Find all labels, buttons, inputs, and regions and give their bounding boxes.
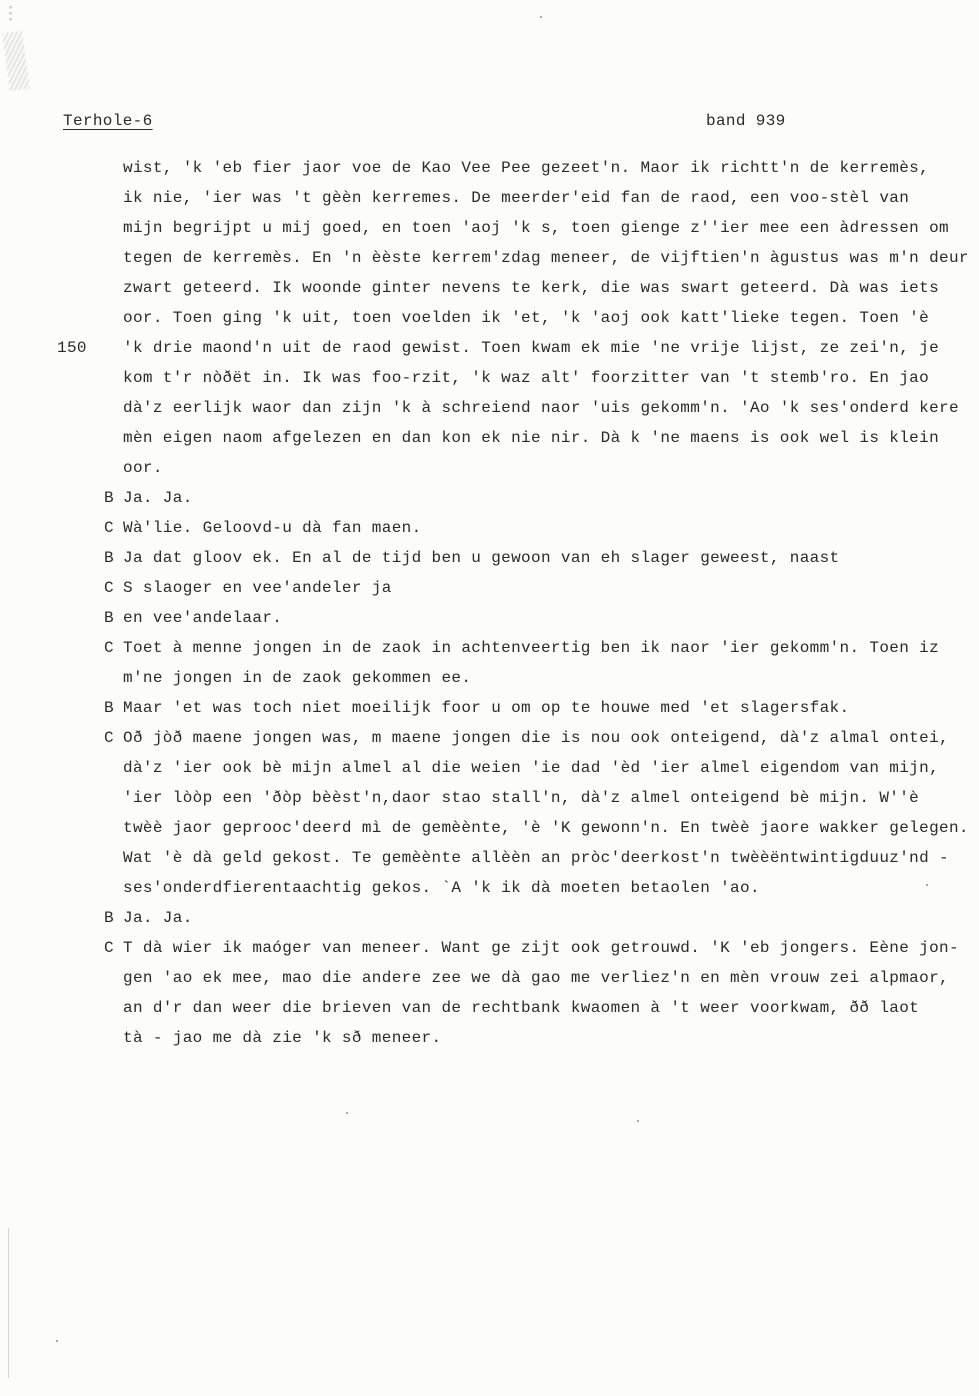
- speaker-label: C: [104, 933, 123, 963]
- transcript-line: 150 'k drie maond'n uit de raod gewist. …: [0, 333, 979, 363]
- speaker-label: C: [104, 573, 123, 603]
- margin-line-number: [0, 843, 104, 873]
- line-text: Maar 'et was toch niet moeilijk foor u o…: [123, 693, 979, 723]
- transcript-line: B en vee'andelaar.: [0, 603, 979, 633]
- line-text: 'k drie maond'n uit de raod gewist. Toen…: [123, 333, 979, 363]
- line-text: dà'z 'ier ook bè mijn almel al die weien…: [123, 753, 979, 783]
- transcript-line: C Toet à menne jongen in de zaok in acht…: [0, 633, 979, 663]
- scan-speckle: [637, 1120, 639, 1122]
- transcript-line: ses'onderdfierentaachtig gekos. `A 'k ik…: [0, 873, 979, 903]
- transcript-line: 'ier lòòp een 'ðòp bèèst'n,daor stao sta…: [0, 783, 979, 813]
- transcript-line: B Maar 'et was toch niet moeilijk foor u…: [0, 693, 979, 723]
- speaker-label: [104, 873, 123, 903]
- line-text: an d'r dan weer die brieven van de recht…: [123, 993, 979, 1023]
- transcript-line: m'ne jongen in de zaok gekommen ee.: [0, 663, 979, 693]
- margin-line-number: [0, 963, 104, 993]
- margin-line-number: [0, 873, 104, 903]
- line-text: Ja dat gloov ek. En al de tijd ben u gew…: [123, 543, 979, 573]
- line-text: wist, 'k 'eb fier jaor voe de Kao Vee Pe…: [123, 153, 979, 183]
- margin-line-number: [0, 213, 104, 243]
- line-text: oor.: [123, 453, 979, 483]
- transcript-line: oor.: [0, 453, 979, 483]
- line-text: Wà'lie. Geloovd-u dà fan maen.: [123, 513, 979, 543]
- scan-speckle: [540, 16, 542, 18]
- margin-line-number: [0, 663, 104, 693]
- margin-line-number: 150: [0, 333, 104, 363]
- line-text: T dà wier ik maóger van meneer. Want ge …: [123, 933, 979, 963]
- speaker-label: [104, 423, 123, 453]
- page-header: Terhole-6 band 939: [0, 112, 979, 136]
- transcript-line: mèn eigen naom afgelezen en dan kon ek n…: [0, 423, 979, 453]
- speaker-label: C: [104, 513, 123, 543]
- scanned-document-page: Terhole-6 band 939 wist, 'k 'eb fier jao…: [0, 0, 979, 1396]
- line-text: 'ier lòòp een 'ðòp bèèst'n,daor stao sta…: [123, 783, 979, 813]
- margin-line-number: [0, 153, 104, 183]
- line-text: kom t'r nòðët in. Ik was foo-rzit, 'k wa…: [123, 363, 979, 393]
- margin-line-number: [0, 393, 104, 423]
- transcript-line: tegen de kerremès. En 'n èèste kerrem'zd…: [0, 243, 979, 273]
- speaker-label: [104, 783, 123, 813]
- speaker-label: C: [104, 633, 123, 663]
- transcript-line: gen 'ao ek mee, mao die andere zee we dà…: [0, 963, 979, 993]
- margin-line-number: [0, 423, 104, 453]
- speaker-label: [104, 843, 123, 873]
- line-text: ses'onderdfierentaachtig gekos. `A 'k ik…: [123, 873, 979, 903]
- speaker-label: [104, 243, 123, 273]
- margin-line-number: [0, 573, 104, 603]
- scan-artifact-corner: [9, 6, 12, 22]
- speaker-label: [104, 393, 123, 423]
- scan-speckle: [346, 1112, 348, 1114]
- speaker-label: [104, 303, 123, 333]
- transcript-line: twèè jaor geprooc'deerd mì de gemèènte, …: [0, 813, 979, 843]
- speaker-label: [104, 963, 123, 993]
- transcript-line: B Ja dat gloov ek. En al de tijd ben u g…: [0, 543, 979, 573]
- transcript-line: ik nie, 'ier was 't gèèn kerremes. De me…: [0, 183, 979, 213]
- transcript-line: oor. Toen ging 'k uit, toen voelden ik '…: [0, 303, 979, 333]
- transcript-body: wist, 'k 'eb fier jaor voe de Kao Vee Pe…: [0, 153, 979, 1053]
- speaker-label: [104, 333, 123, 363]
- line-text: gen 'ao ek mee, mao die andere zee we dà…: [123, 963, 979, 993]
- margin-line-number: [0, 603, 104, 633]
- margin-line-number: [0, 363, 104, 393]
- margin-line-number: [0, 513, 104, 543]
- speaker-label: [104, 453, 123, 483]
- speaker-label: [104, 363, 123, 393]
- transcript-line: C Wà'lie. Geloovd-u dà fan maen.: [0, 513, 979, 543]
- margin-line-number: [0, 273, 104, 303]
- line-text: twèè jaor geprooc'deerd mì de gemèènte, …: [123, 813, 979, 843]
- margin-line-number: [0, 483, 104, 513]
- margin-line-number: [0, 783, 104, 813]
- transcript-line: dà'z eerlijk waor dan zijn 'k à schreien…: [0, 393, 979, 423]
- margin-line-number: [0, 993, 104, 1023]
- speaker-label: [104, 213, 123, 243]
- transcript-line: C T dà wier ik maóger van meneer. Want g…: [0, 933, 979, 963]
- transcript-line: C S slaoger en vee'andeler ja: [0, 573, 979, 603]
- line-text: zwart geteerd. Ik woonde ginter nevens t…: [123, 273, 979, 303]
- margin-line-number: [0, 543, 104, 573]
- speaker-label: [104, 153, 123, 183]
- speaker-label: [104, 813, 123, 843]
- margin-line-number: [0, 1023, 104, 1053]
- speaker-label: [104, 663, 123, 693]
- line-text: Oð jòð maene jongen was, m maene jongen …: [123, 723, 979, 753]
- margin-line-number: [0, 243, 104, 273]
- line-text: Toet à menne jongen in de zaok in achten…: [123, 633, 979, 663]
- band-number-label: band 939: [706, 112, 786, 130]
- speaker-label: B: [104, 483, 123, 513]
- margin-line-number: [0, 753, 104, 783]
- margin-line-number: [0, 453, 104, 483]
- transcript-line: tà - jao me dà zie 'k sð meneer.: [0, 1023, 979, 1053]
- speaker-label: B: [104, 903, 123, 933]
- transcript-line: kom t'r nòðët in. Ik was foo-rzit, 'k wa…: [0, 363, 979, 393]
- scan-fold-line: [8, 1228, 9, 1378]
- speaker-label: C: [104, 723, 123, 753]
- margin-line-number: [0, 903, 104, 933]
- line-text: tà - jao me dà zie 'k sð meneer.: [123, 1023, 979, 1053]
- line-text: Wat 'è dà geld gekost. Te gemèènte allèè…: [123, 843, 979, 873]
- scan-speckle: [56, 1340, 58, 1342]
- speaker-label: B: [104, 603, 123, 633]
- transcript-line: B Ja. Ja.: [0, 903, 979, 933]
- line-text: ik nie, 'ier was 't gèèn kerremes. De me…: [123, 183, 979, 213]
- transcript-line: an d'r dan weer die brieven van de recht…: [0, 993, 979, 1023]
- transcript-line: mijn begrijpt u mij goed, en toen 'aoj '…: [0, 213, 979, 243]
- speaker-label: [104, 273, 123, 303]
- speaker-label: [104, 1023, 123, 1053]
- margin-line-number: [0, 633, 104, 663]
- margin-line-number: [0, 813, 104, 843]
- transcript-line: Wat 'è dà geld gekost. Te gemèènte allèè…: [0, 843, 979, 873]
- margin-line-number: [0, 183, 104, 213]
- line-text: m'ne jongen in de zaok gekommen ee.: [123, 663, 979, 693]
- line-text: dà'z eerlijk waor dan zijn 'k à schreien…: [123, 393, 979, 423]
- line-text: oor. Toen ging 'k uit, toen voelden ik '…: [123, 303, 979, 333]
- line-text: Ja. Ja.: [123, 483, 979, 513]
- line-text: S slaoger en vee'andeler ja: [123, 573, 979, 603]
- transcript-line: wist, 'k 'eb fier jaor voe de Kao Vee Pe…: [0, 153, 979, 183]
- speaker-label: [104, 993, 123, 1023]
- margin-line-number: [0, 723, 104, 753]
- transcript-line: C Oð jòð maene jongen was, m maene jonge…: [0, 723, 979, 753]
- transcript-line: B Ja. Ja.: [0, 483, 979, 513]
- speaker-label: [104, 753, 123, 783]
- line-text: tegen de kerremès. En 'n èèste kerrem'zd…: [123, 243, 979, 273]
- margin-line-number: [0, 933, 104, 963]
- margin-line-number: [0, 303, 104, 333]
- transcript-line: dà'z 'ier ook bè mijn almel al die weien…: [0, 753, 979, 783]
- scan-smudge: [2, 31, 30, 91]
- line-text: mèn eigen naom afgelezen en dan kon ek n…: [123, 423, 979, 453]
- document-title: Terhole-6: [63, 112, 153, 130]
- speaker-label: B: [104, 693, 123, 723]
- margin-line-number: [0, 693, 104, 723]
- transcript-line: zwart geteerd. Ik woonde ginter nevens t…: [0, 273, 979, 303]
- line-text: Ja. Ja.: [123, 903, 979, 933]
- line-text: en vee'andelaar.: [123, 603, 979, 633]
- speaker-label: [104, 183, 123, 213]
- speaker-label: B: [104, 543, 123, 573]
- line-text: mijn begrijpt u mij goed, en toen 'aoj '…: [123, 213, 979, 243]
